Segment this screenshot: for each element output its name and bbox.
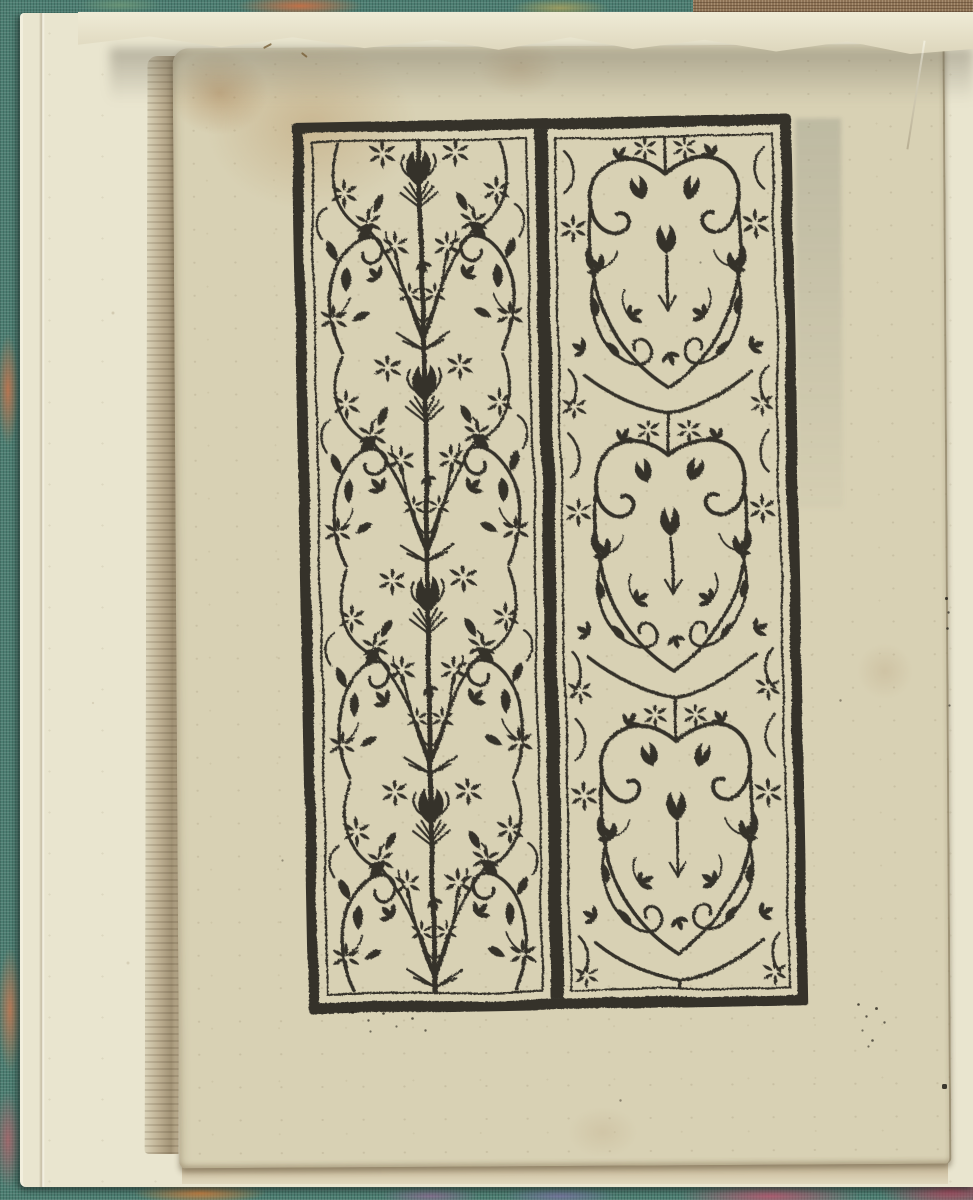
- top-sheet-cast-shadow: [110, 48, 973, 114]
- flyleaf-fold-ridge: [39, 13, 45, 1187]
- book-photograph: [0, 0, 973, 1200]
- ink-showthrough-shadow: [795, 118, 843, 508]
- right-panel-vine-pattern: [556, 135, 788, 990]
- woodcut-engraving: [291, 113, 808, 1014]
- woodcut-artwork: [297, 119, 803, 1009]
- woodcut-print: [291, 113, 808, 1014]
- left-panel-floral-pattern: [313, 140, 542, 995]
- main-page: [173, 44, 952, 1169]
- ink-specks: [0, 0, 1, 1]
